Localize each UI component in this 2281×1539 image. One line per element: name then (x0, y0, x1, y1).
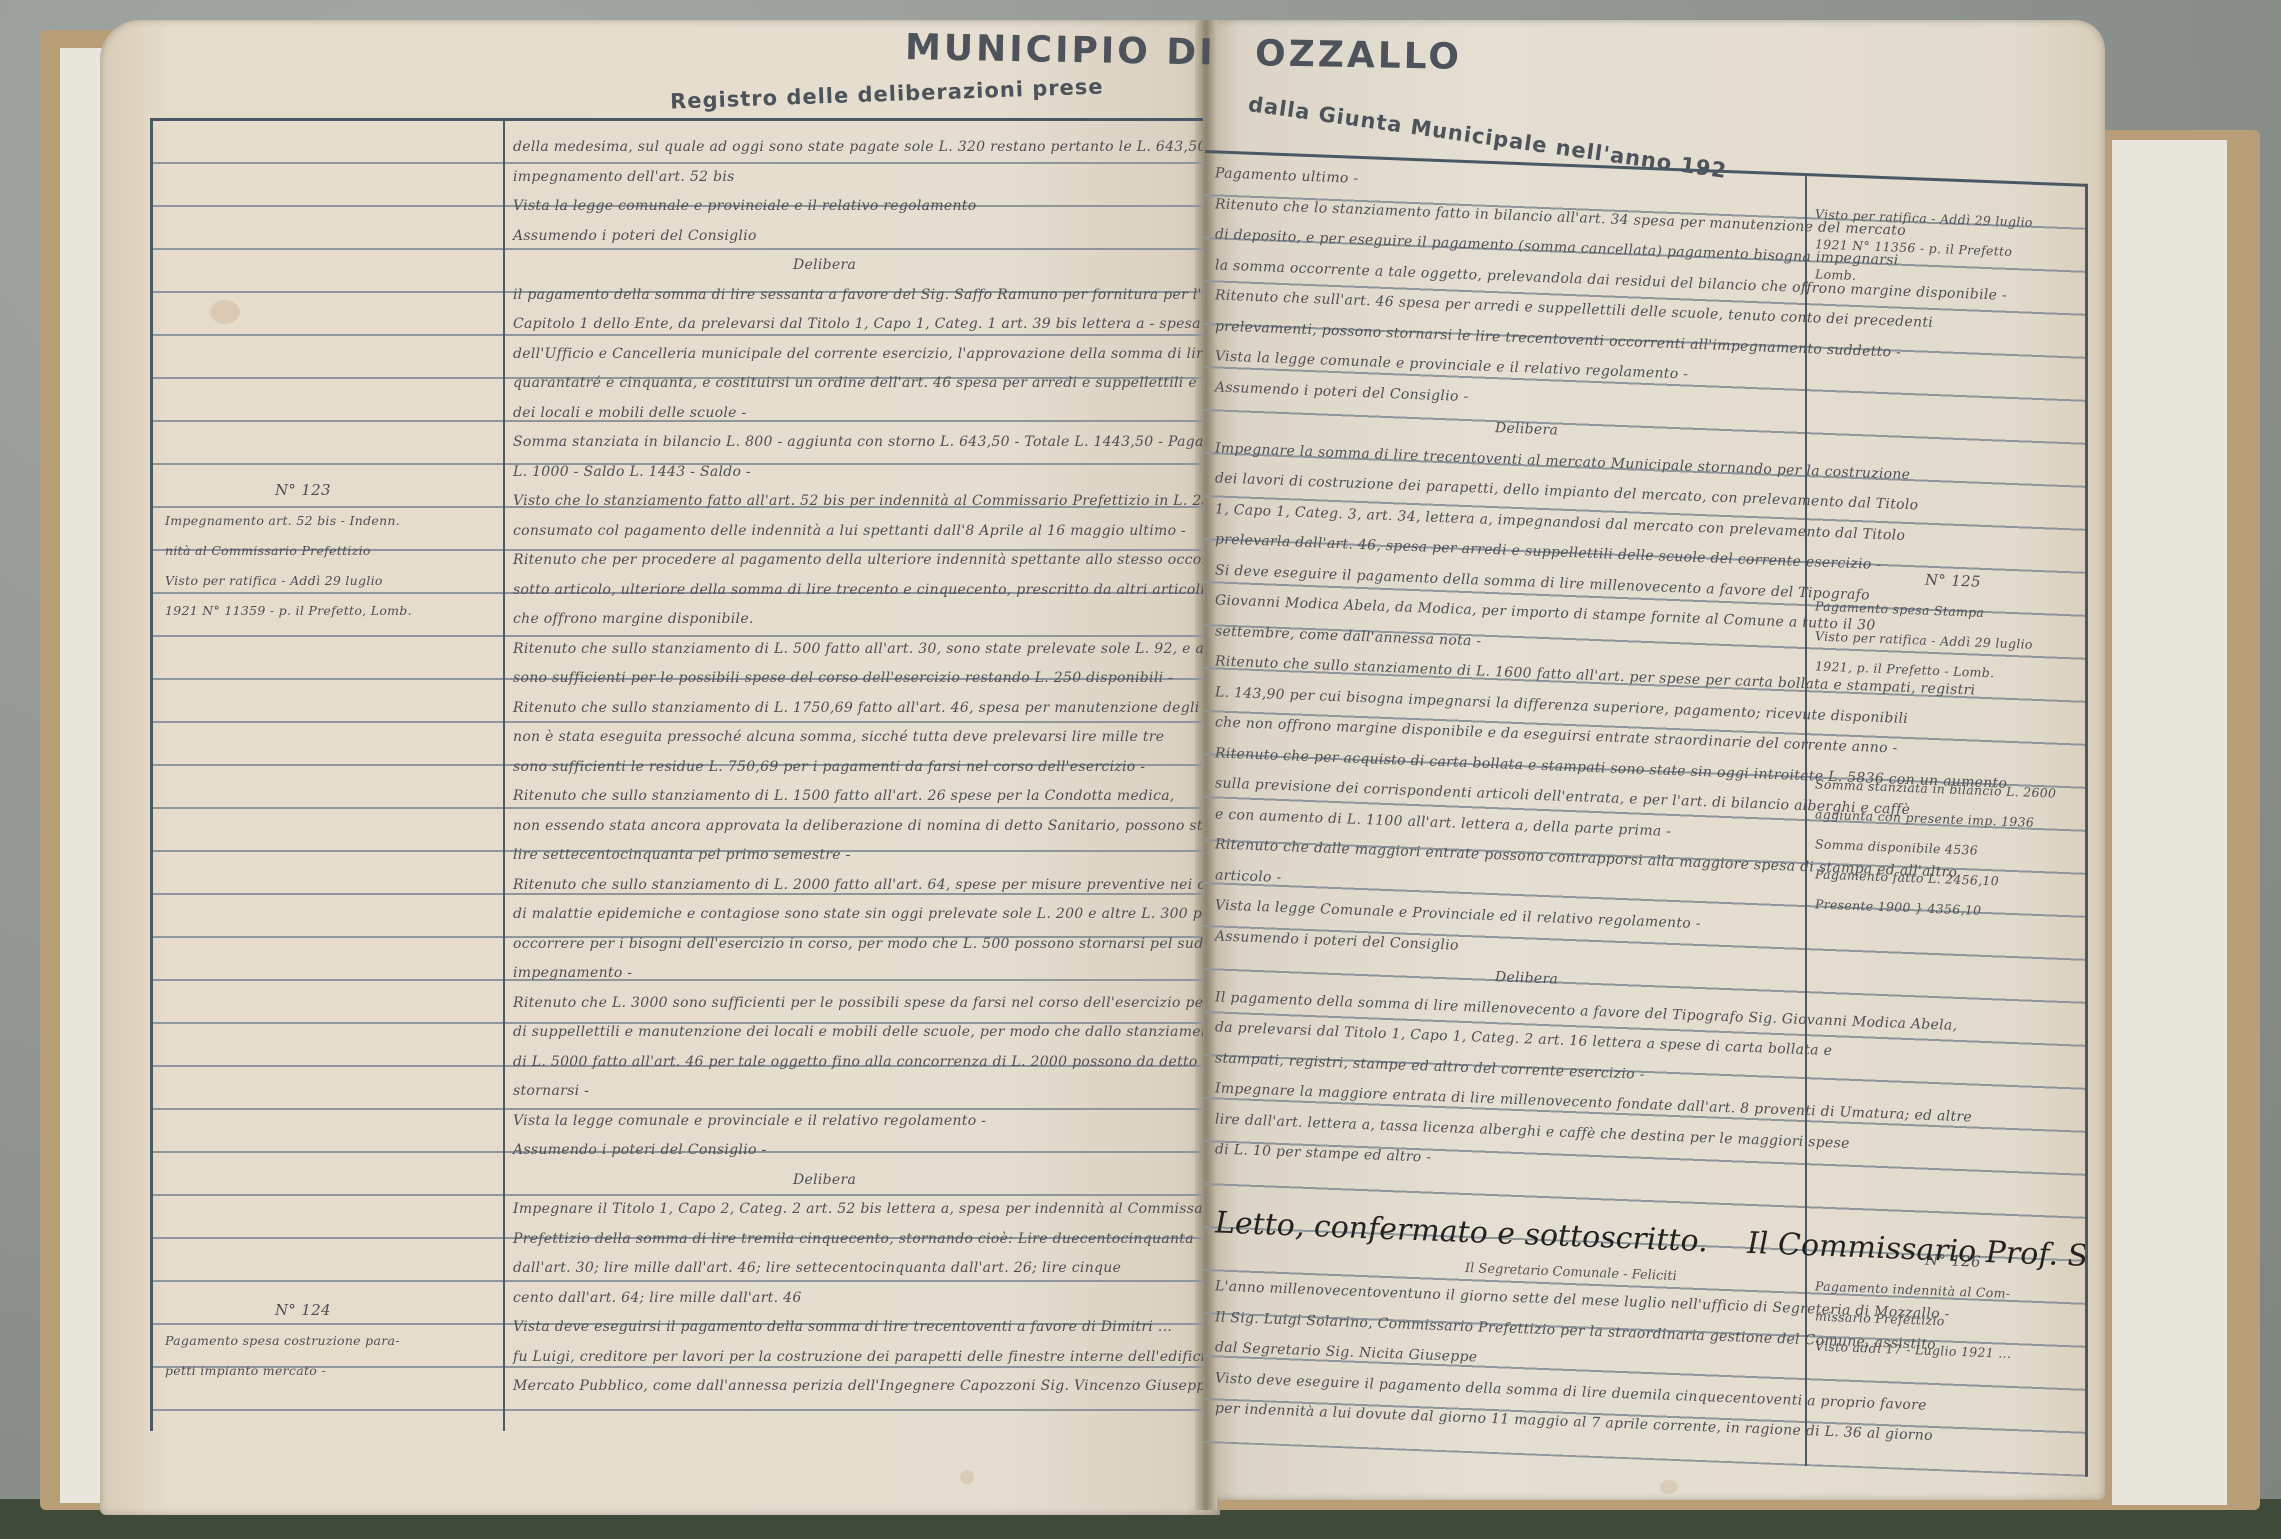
handwritten-line: impegnamento - (513, 965, 632, 981)
handwritten-line: di L. 5000 fatto all'art. 46 per tale og… (513, 1054, 1203, 1070)
title-left-part: MUNICIPIO DI (905, 27, 1216, 73)
handwritten-line: consumato col pagamento delle indennità … (513, 523, 1186, 539)
handwritten-line: Visto che lo stanziamento fatto all'art.… (513, 493, 1203, 509)
handwritten-line: Ritenuto che L. 3000 sono sufficienti pe… (513, 995, 1203, 1011)
handwritten-line: della medesima, sul quale ad oggi sono s… (513, 139, 1203, 155)
handwritten-line: Capitolo 1 dello Ente, da prelevarsi dal… (513, 316, 1203, 332)
handwritten-line: Somma stanziata in bilancio L. 800 - agg… (513, 434, 1203, 450)
handwritten-line: il pagamento della somma di lire sessant… (513, 287, 1203, 303)
handwritten-line: Ritenuto che sullo stanziamento di L. 17… (513, 700, 1203, 716)
note-line: Pagamento spesa costruzione para- (165, 1333, 400, 1348)
handwritten-line: occorrere per i bisogni dell'esercizio i… (513, 936, 1203, 952)
margin-column-divider (1805, 176, 1807, 1466)
note-line: 1921 N° 11359 - p. il Prefetto, Lomb. (165, 603, 412, 618)
handwritten-line: Delibera (793, 1172, 856, 1188)
note-line: petti impianto mercato - (165, 1363, 326, 1378)
paper-stain (1660, 1480, 1678, 1494)
note-number: N° 123 (275, 481, 331, 499)
handwritten-line: quarantatré e cinquanta, e costituirsi u… (513, 375, 1203, 391)
handwritten-line: Assumendo i poteri del Consiglio - (513, 1142, 766, 1158)
handwritten-line: stornarsi - (513, 1083, 589, 1099)
title-right-part: OZZALLO (1255, 33, 1463, 78)
handwritten-line: Ritenuto che per procedere al pagamento … (513, 552, 1203, 568)
handwritten-line: Vista deve eseguirsi il pagamento della … (513, 1319, 1172, 1335)
note-line: Visto per ratifica - Addì 29 luglio (165, 573, 383, 588)
handwritten-line: Delibera (793, 257, 856, 273)
handwritten-line: impegnamento dell'art. 52 bis (513, 169, 735, 185)
left-ledger-grid: N° 123Impegnamento art. 52 bis - Indenn.… (150, 118, 1203, 1431)
margin-column-divider (503, 121, 505, 1431)
handwritten-line: di suppellettili e manutenzione dei loca… (513, 1024, 1203, 1040)
handwritten-line: Impegnare il Titolo 1, Capo 2, Categ. 2 … (513, 1201, 1203, 1217)
handwritten-line: dell'Ufficio e Cancelleria municipale de… (513, 346, 1203, 362)
handwritten-line: cento dall'art. 64; lire mille dall'art.… (513, 1290, 802, 1306)
handwritten-line: sono sufficienti le residue L. 750,69 pe… (513, 759, 1145, 775)
handwritten-line: non essendo stata ancora approvata la de… (513, 818, 1203, 834)
handwritten-line: articolo - (1215, 867, 1282, 886)
handwritten-line: dall'art. 30; lire mille dall'art. 46; l… (513, 1260, 1121, 1276)
note-line: Lomb. (1815, 266, 1856, 283)
paper-stain (210, 300, 240, 324)
handwritten-line: L. 1000 - Saldo L. 1443 - Saldo - (513, 464, 751, 480)
handwritten-line: Mercato Pubblico, come dall'annessa peri… (513, 1378, 1203, 1394)
handwritten-line: lire settecentocinquanta pel primo semes… (513, 847, 851, 863)
note-number: N° 125 (1925, 571, 1981, 591)
right-ledger-grid: Pagamento ultimo -Ritenuto che lo stanzi… (1205, 150, 2088, 1477)
handwritten-line: di malattie epidemiche e contagiose sono… (513, 906, 1203, 922)
handwritten-line: Ritenuto che sullo stanziamento di L. 50… (513, 641, 1203, 657)
handwritten-line: Prefettizio della somma di lire tremila … (513, 1231, 1194, 1247)
handwritten-line: Ritenuto che sullo stanziamento di L. 20… (513, 877, 1203, 893)
handwritten-line: fu Luigi, creditore per lavori per la co… (513, 1349, 1203, 1365)
handwritten-line: non è stata eseguita pressoché alcuna so… (513, 729, 1164, 745)
handwritten-line: Delibera (1495, 420, 1558, 438)
paper-stain (960, 1470, 974, 1484)
handwritten-line: Vista la legge comunale e provinciale e … (513, 1113, 986, 1129)
note-line: nità al Commissario Prefettizio (165, 543, 371, 558)
handwritten-line: che offrono margine disponibile. (513, 611, 754, 627)
handwritten-line: Ritenuto che sullo stanziamento di L. 15… (513, 788, 1175, 804)
handwritten-line: Delibera (1495, 969, 1558, 987)
handwritten-line: dei locali e mobili delle scuole - (513, 405, 747, 421)
handwritten-line: Vista la legge comunale e provinciale e … (513, 198, 976, 214)
handwritten-line: sono sufficienti per le possibili spese … (513, 670, 1173, 686)
handwritten-line: sotto articolo, ulteriore della somma di… (513, 582, 1203, 598)
note-number: N° 124 (275, 1301, 331, 1319)
handwritten-line: Assumendo i poteri del Consiglio (513, 228, 757, 244)
endpaper-right (2112, 140, 2227, 1505)
note-line: Impegnamento art. 52 bis - Indenn. (165, 513, 400, 528)
